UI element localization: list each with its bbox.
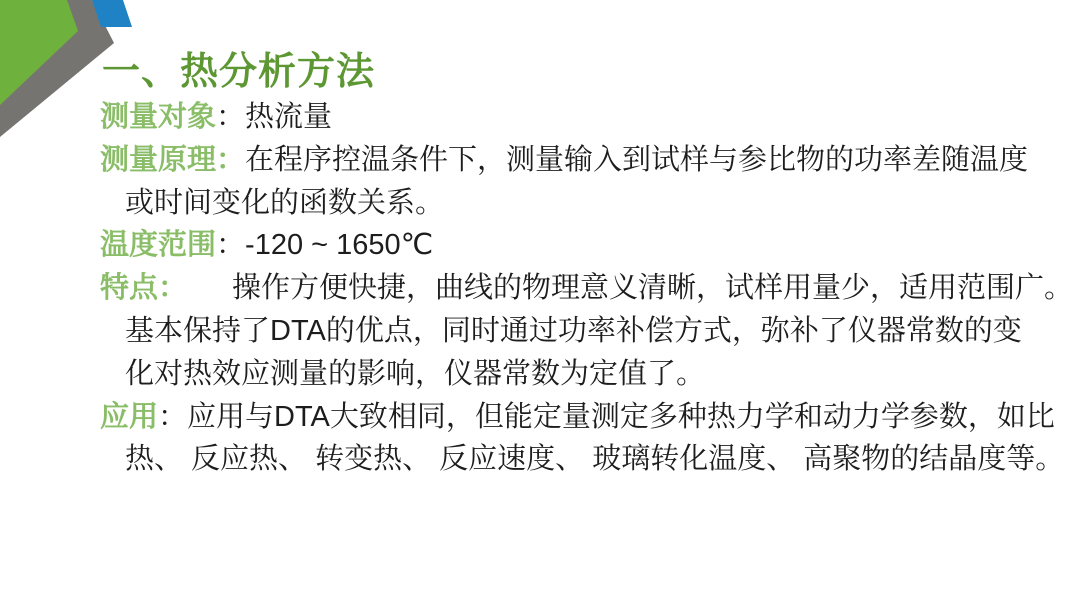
content-line-measure-object: 测量对象：热流量 — [100, 96, 1060, 139]
term-colon: ： — [158, 401, 187, 433]
content-line-application-cont: 热、 反应热、 转变热、 反应速度、 玻璃转化温度、 高聚物的结晶度等。 — [100, 438, 1060, 481]
term-colon: ： — [216, 144, 245, 176]
term-label: 应用 — [100, 401, 158, 433]
line-text: 化对热效应测量的影响，仪器常数为定值了。 — [125, 358, 705, 390]
content-line-features-cont2: 化对热效应测量的影响，仪器常数为定值了。 — [100, 353, 1060, 396]
content-line-features-cont1: 基本保持了DTA的优点，同时通过功率补偿方式，弥补了仪器常数的变 — [100, 310, 1060, 353]
term-colon: ： — [216, 229, 245, 261]
line-text: -120 ~ 1650℃ — [245, 229, 433, 261]
term-label: 测量对象 — [100, 101, 216, 133]
content-body: 测量对象：热流量 测量原理：在程序控温条件下，测量输入到试样与参比物的功率差随温… — [100, 96, 1060, 481]
line-text: 热、 反应热、 转变热、 反应速度、 玻璃转化温度、 高聚物的结晶度等。 — [125, 443, 1064, 475]
slide-background: 一、热分析方法 测量对象：热流量 测量原理：在程序控温条件下，测量输入到试样与参… — [0, 0, 1080, 607]
line-text: 应用与DTA大致相同，但能定量测定多种热力学和动力学参数，如比 — [187, 401, 1055, 433]
term-label: 测量原理 — [100, 144, 216, 176]
line-text: 或时间变化的函数关系。 — [125, 187, 444, 219]
term-label: 特点 — [100, 272, 158, 304]
term-colon: ： — [158, 272, 187, 304]
content-line-principle-cont: 或时间变化的函数关系。 — [100, 182, 1060, 225]
line-text: 基本保持了DTA的优点，同时通过功率补偿方式，弥补了仪器常数的变 — [125, 315, 1022, 347]
content-line-temperature-range: 温度范围：-120 ~ 1650℃ — [100, 224, 1060, 267]
term-label: 温度范围 — [100, 229, 216, 261]
page-title: 一、热分析方法 — [102, 40, 375, 95]
content-line-measure-principle: 测量原理：在程序控温条件下，测量输入到试样与参比物的功率差随温度 — [100, 139, 1060, 182]
line-text: 在程序控温条件下，测量输入到试样与参比物的功率差随温度 — [245, 144, 1028, 176]
content-line-features: 特点：操作方便快捷，曲线的物理意义清晰，试样用量少，适用范围广。 — [100, 267, 1060, 310]
line-text: 热流量 — [245, 101, 332, 133]
content-line-application: 应用：应用与DTA大致相同，但能定量测定多种热力学和动力学参数，如比 — [100, 396, 1060, 439]
line-text: 操作方便快捷，曲线的物理意义清晰，试样用量少，适用范围广。 — [232, 272, 1073, 304]
term-colon: ： — [216, 101, 245, 133]
